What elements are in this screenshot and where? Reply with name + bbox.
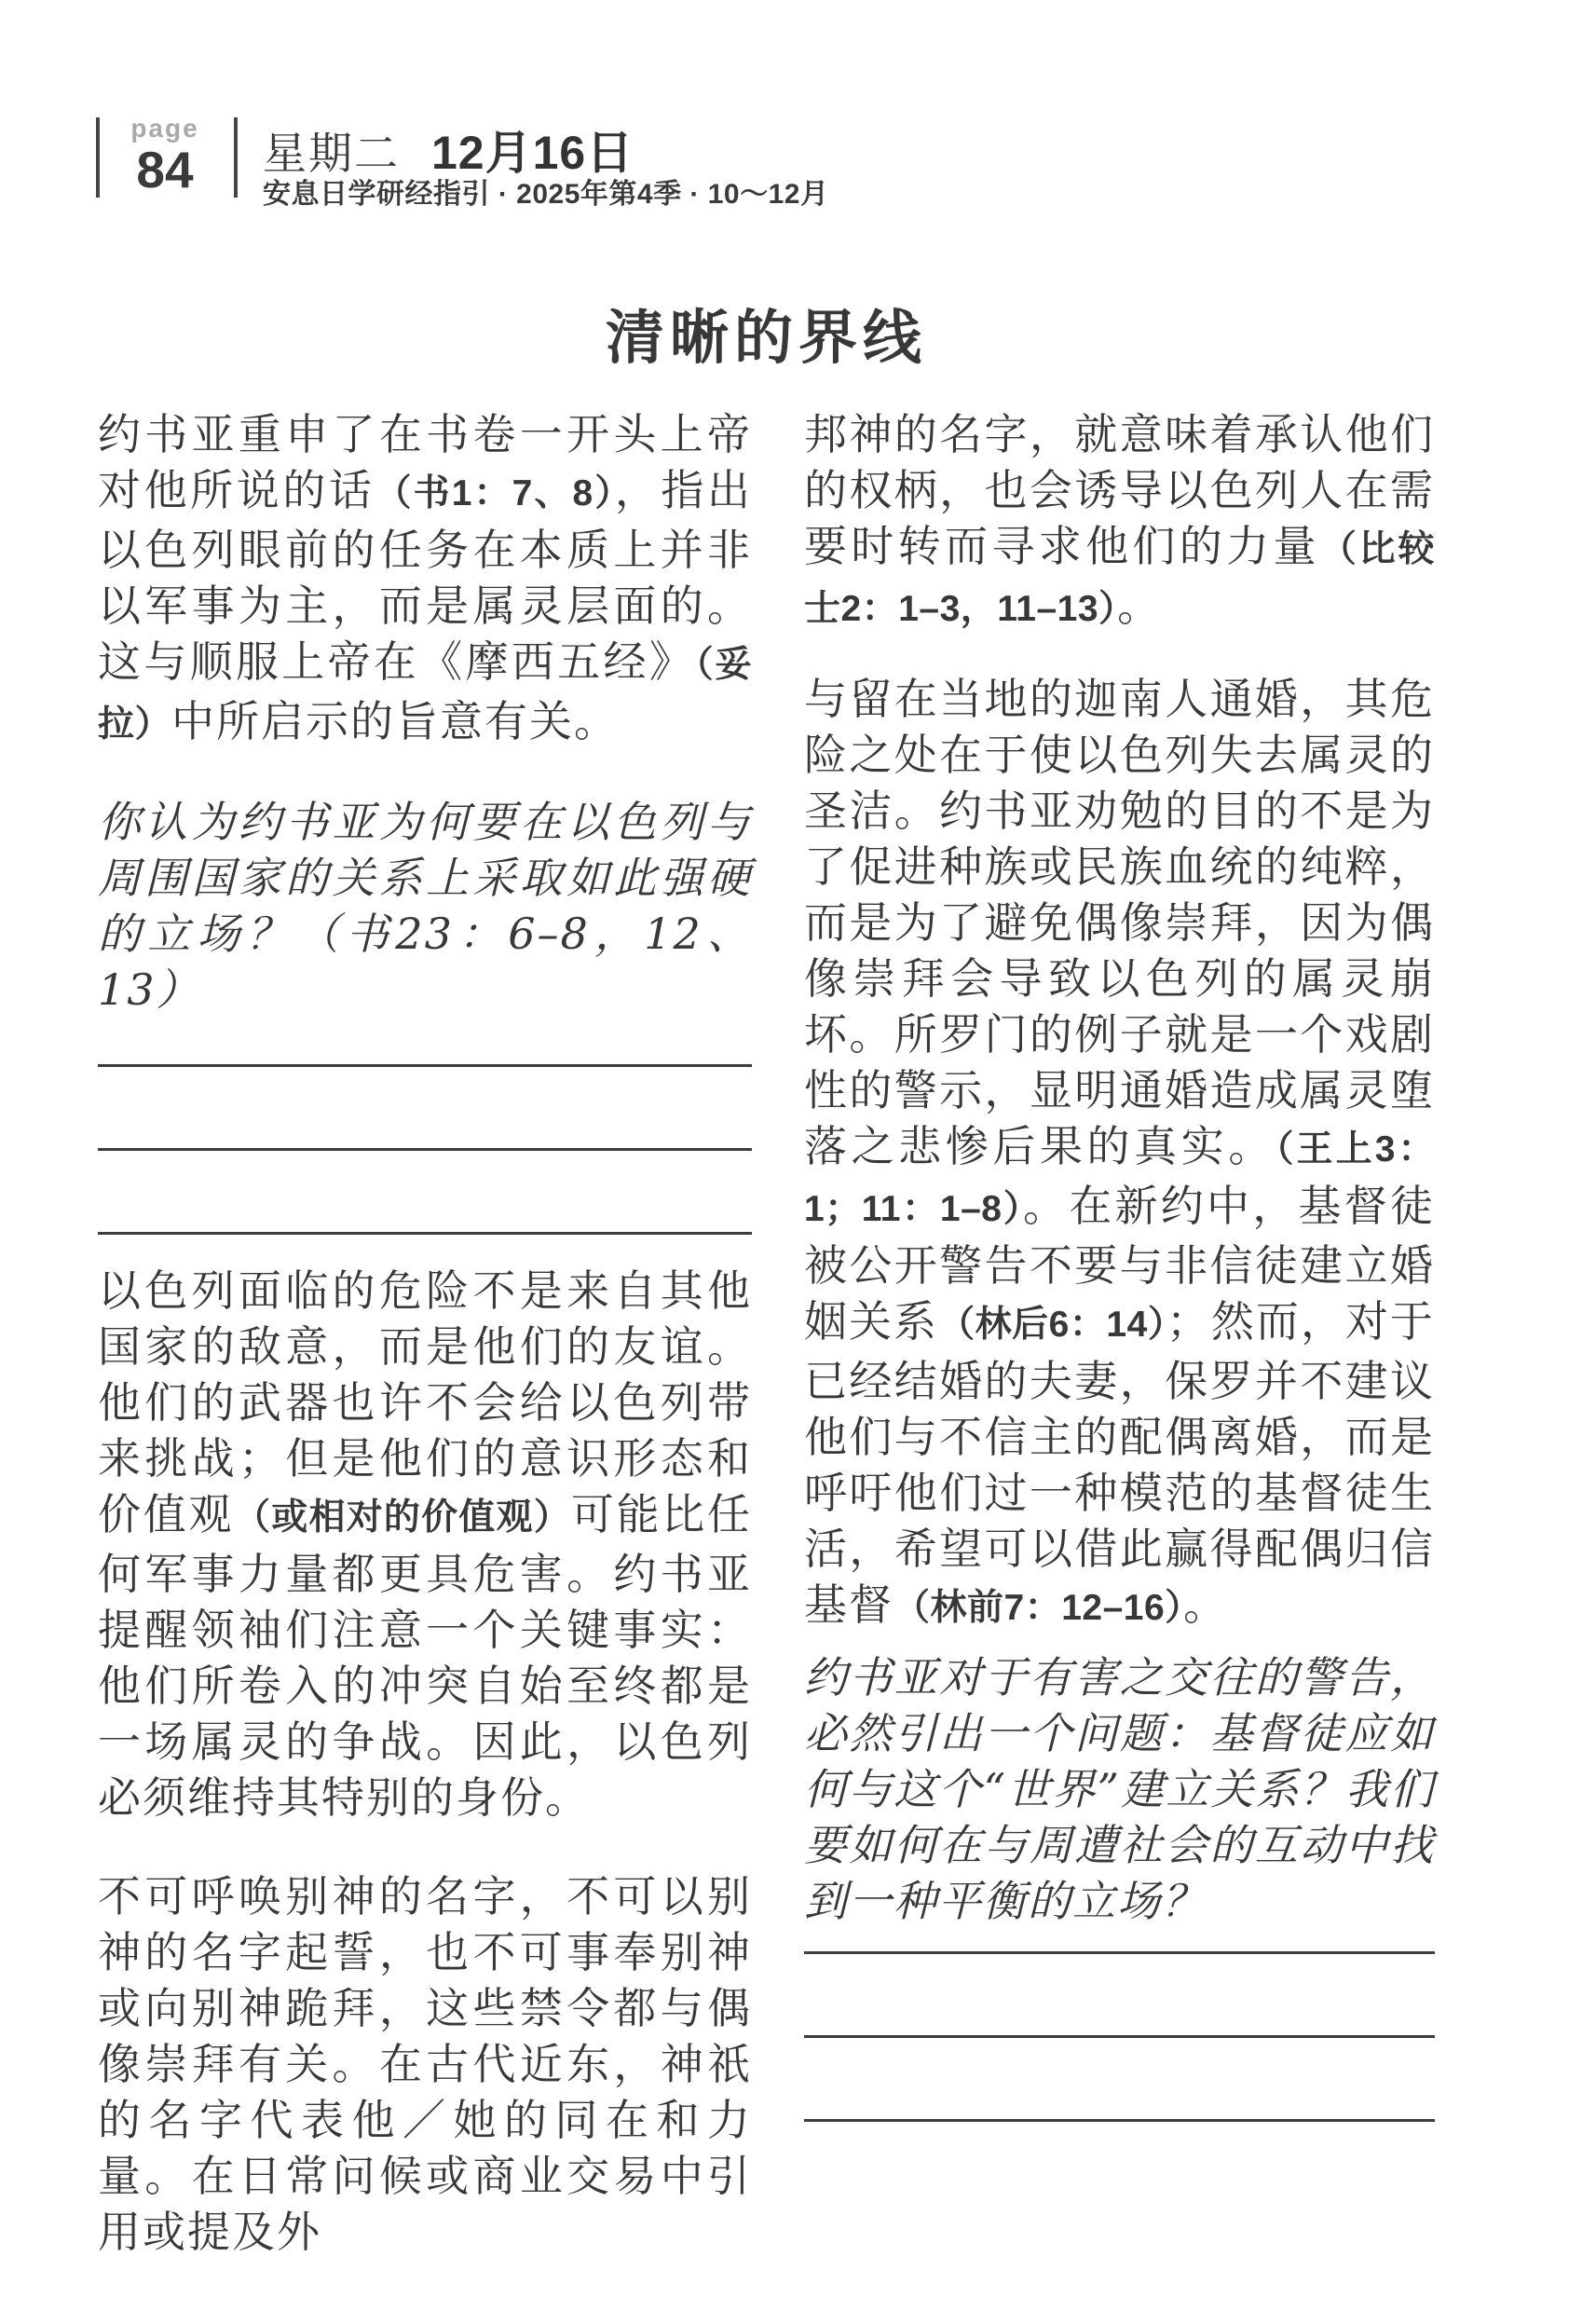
paragraph: 以色列面临的危险不是来自其他国家的敌意，而是他们的友谊。他们的武器也许不会给以色… [98,1263,752,1826]
paragraph-text: 与留在当地的迦南人通婚，其危险之处在于使以色列失去属灵的圣洁。约书亚劝勉的目的不… [804,675,1435,1170]
answer-line [98,1018,752,1067]
paragraph: 不可呼唤别神的名字，不可以别神的名字起誓，也不可事奉别神或向别神跪拜，这些禁令都… [98,1868,752,2260]
paragraph-text: ；然而，对于已经结婚的夫妻，保罗并不建议他们与不信主的配偶离婚，而是呼吁他们过一… [804,1297,1435,1629]
study-question: 你认为约书亚为何要在以色列与周围国家的关系上采取如此强硬的立场？（书23：6–8… [98,794,752,1018]
paragraph-text: 可能比任何军事力量都更具危害。约书亚提醒领袖们注意一个关键事实：他们所卷入的冲突… [98,1490,752,1822]
page-label: page [108,116,222,142]
publication-line: 安息日学研经指引 · 2025年第4季 · 10～12月 [263,171,828,212]
study-question: 约书亚对于有害之交往的警告，必然引出一个问题：基督徒应如何与这个“世界”建立关系… [804,1649,1435,1929]
inline-bold-note: （或相对的价值观） [234,1497,571,1538]
answer-line [804,1929,1435,1954]
answer-lines [804,1929,1435,2122]
paragraph: 与留在当地的迦南人通婚，其危险之处在于使以色列失去属灵的圣洁。约书亚劝勉的目的不… [804,671,1435,1636]
answer-line [98,1067,752,1151]
bible-reference: （林前7：12–16） [893,1588,1183,1628]
paragraph: 邦神的名字，就意味着承认他们的权柄，也会诱导以色列人在需要时转而寻求他们的力量（… [804,406,1435,637]
paragraph-text: 。 [1183,1580,1228,1629]
answer-line [98,1151,752,1235]
bible-reference: （书1：7、8） [375,473,615,513]
right-column: 邦神的名字，就意味着承认他们的权柄，也会诱导以色列人在需要时转而寻求他们的力量（… [804,406,1435,2122]
answer-line [804,1954,1435,2038]
document-page: page 84 星期二12月16日 安息日学研经指引 · 2025年第4季 · … [0,0,1596,2311]
page-number-block: page 84 [108,116,222,196]
header-divider-right [234,117,238,198]
paragraph-text: 。 [1117,581,1162,630]
bible-reference: （林后6：14） [938,1305,1166,1345]
paragraph-text: 中所启示的旨意有关。 [171,697,619,745]
answer-lines [98,1018,752,1235]
paragraph: 约书亚重申了在书卷一开头上帝对他所说的话（书1：7、8），指出以色列眼前的任务在… [98,406,752,753]
page-number: 84 [108,144,222,196]
page-title: 清晰的界线 [98,305,1435,370]
left-column: 约书亚重申了在书卷一开头上帝对他所说的话（书1：7、8），指出以色列眼前的任务在… [98,406,752,2260]
answer-line [804,2038,1435,2122]
header-divider-left [96,117,100,198]
